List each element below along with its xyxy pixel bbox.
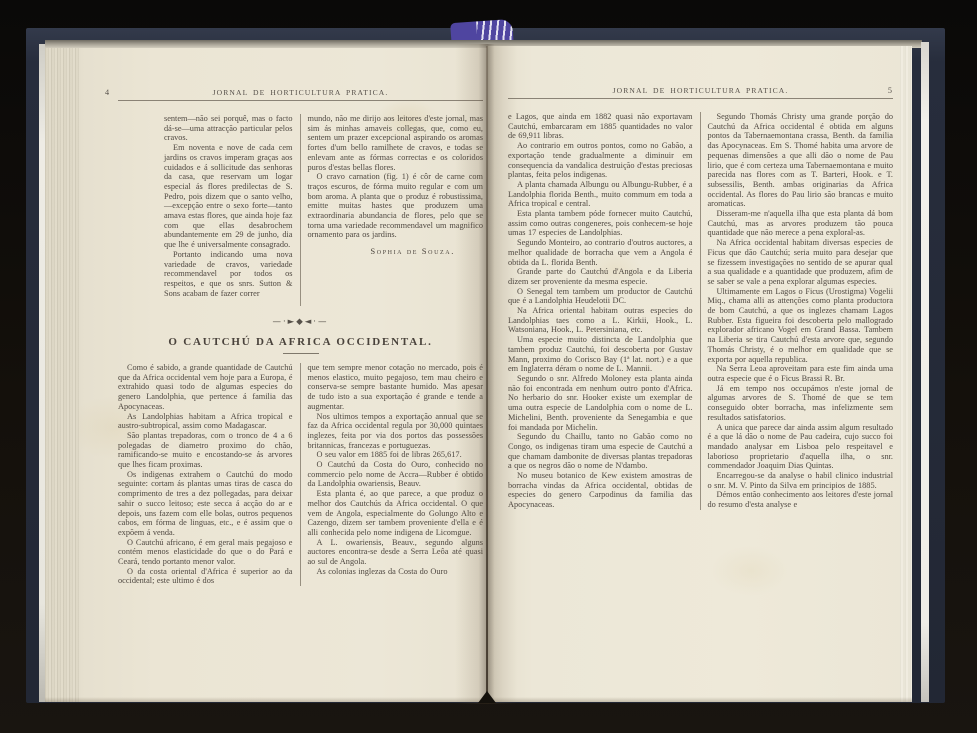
page-edge-stack-left [45, 48, 79, 702]
section-divider-ornament: —·►◆◄·— [118, 317, 483, 327]
paragraph: Já em tempo nos occupámos n'este jornal … [708, 384, 894, 423]
paragraph: Esta planta tambem póde fornecer muito C… [508, 209, 693, 238]
paragraph: que tem sempre menor cotação no mercado,… [308, 363, 484, 412]
running-header-title: JORNAL DE HORTICULTURA PRATICA. [213, 88, 389, 97]
paragraph: Segundo Thomás Christy uma grande porção… [708, 112, 894, 209]
text-column: Segundo Thomás Christy uma grande porção… [701, 112, 894, 510]
page-number: 5 [888, 86, 892, 95]
article-title: O CAUTCHÚ DA AFRICA OCCIDENTAL. [118, 336, 483, 348]
paragraph: O Senegal tem tambem um productor de Cau… [508, 287, 693, 306]
paragraph: O da costa oriental d'Africa é superior … [118, 567, 293, 586]
article-columns: Como é sabido, a grande quantidade de Ca… [118, 363, 483, 586]
paragraph: Encarregou-se da analyse o habil clinico… [708, 471, 894, 490]
paragraph: mundo, não me dirijo aos leitores d'este… [308, 114, 484, 172]
paragraph: O seu valor em 1885 foi de libras 265,61… [308, 450, 484, 460]
paragraph: Nos ultimos tempos a exportação annual q… [308, 412, 484, 451]
page-right-content: JORNAL DE HORTICULTURA PRATICA. 5 e Lago… [508, 46, 893, 510]
paragraph: Como é sabido, a grande quantidade de Ca… [118, 363, 293, 412]
text-column: e Lagos, que ainda em 1882 quasi não exp… [508, 112, 701, 510]
running-header: 4 JORNAL DE HORTICULTURA PRATICA. [118, 88, 483, 97]
text-column: que tem sempre menor cotação no mercado,… [301, 363, 484, 586]
paragraph: Na Serra Leoa aproveitam para este fim a… [708, 364, 894, 383]
paragraph: Ao contrario em outros pontos, como no G… [508, 141, 693, 180]
section-columns: sentem—não sei porquê, mas o facto dá-se… [118, 114, 483, 306]
paragraph: Esta planta é, ao que parece, a que prod… [308, 489, 484, 538]
text-column: mundo, não me dirijo aos leitores d'este… [301, 114, 484, 306]
page-left: 4 JORNAL DE HORTICULTURA PRATICA. sentem… [45, 48, 487, 702]
book-scan: 4 JORNAL DE HORTICULTURA PRATICA. sentem… [0, 0, 977, 733]
paragraph: Uma especie muito distincta de Landolphi… [508, 335, 693, 374]
paragraph: Disseram-me n'aquella ilha que esta plan… [708, 209, 894, 238]
header-rule [118, 100, 483, 101]
text-column: sentem—não sei porquê, mas o facto dá-se… [118, 114, 301, 306]
paragraph: e Lagos, que ainda em 1882 quasi não exp… [508, 112, 693, 141]
paragraph: A L. owariensis, Beauv., segundo alguns … [308, 538, 484, 567]
header-rule [508, 98, 893, 99]
paragraph: Ultimamente em Lagos o Ficus (Urostigma)… [708, 287, 894, 365]
paragraph: Os indigenas extrahem o Cautchú do modo … [118, 470, 293, 538]
endpaper-edge-right [921, 42, 929, 702]
paragraph: Em noventa e nove de cada cem jardins os… [164, 143, 293, 250]
paragraph: Démos então conhecimento aos leitores d'… [708, 490, 894, 509]
paragraph: Na Africa occidental habitam diversas es… [708, 238, 894, 287]
section-columns: e Lagos, que ainda em 1882 quasi não exp… [508, 112, 893, 510]
paragraph: O cravo carnation (fig. 1) é côr de carn… [308, 172, 484, 240]
paragraph: A planta chamada Albungu ou Albungu-Rubb… [508, 180, 693, 209]
paragraph: Portanto indicando uma nova variedade de… [164, 250, 293, 299]
paragraph: O Cautchú da Costa do Ouro, conhecido no… [308, 460, 484, 489]
gutter-bottom-notch [478, 691, 496, 703]
paragraph: A unica que parece dar ainda assim algum… [708, 423, 894, 472]
paragraph: As Landolphias habitam a Africa tropical… [118, 412, 293, 431]
paragraph: No museu botanico de Kew existem amostra… [508, 471, 693, 510]
paragraph: Segundo du Chaillu, tanto no Gabão como … [508, 432, 693, 471]
page-left-content: 4 JORNAL DE HORTICULTURA PRATICA. sentem… [118, 48, 483, 586]
page-edge-stack-right [900, 46, 912, 702]
paragraph: Grande parte do Cautchú d'Angola e da Li… [508, 267, 693, 286]
running-header-title: JORNAL DE HORTICULTURA PRATICA. [613, 86, 789, 95]
text-column: Como é sabido, a grande quantidade de Ca… [118, 363, 301, 586]
paragraph: Na Africa oriental habitam outras especi… [508, 306, 693, 335]
paragraph: As colonias inglezas da Costa do Ouro [308, 567, 484, 577]
author-signature: Sophia de Souza. [308, 246, 456, 256]
paragraph: Segundo o snr. Alfredo Moloney esta plan… [508, 374, 693, 432]
title-rule [283, 353, 319, 354]
page-number: 4 [105, 88, 109, 97]
paragraph: O Cautchú africano, é em geral mais pega… [118, 538, 293, 567]
paragraph: São plantas trepadoras, com o tronco de … [118, 431, 293, 470]
paragraph: Segundo Monteiro, ao contrario d'outros … [508, 238, 693, 267]
page-right: JORNAL DE HORTICULTURA PRATICA. 5 e Lago… [487, 46, 912, 702]
paragraph: sentem—não sei porquê, mas o facto dá-se… [164, 114, 293, 143]
running-header: JORNAL DE HORTICULTURA PRATICA. 5 [508, 86, 893, 95]
